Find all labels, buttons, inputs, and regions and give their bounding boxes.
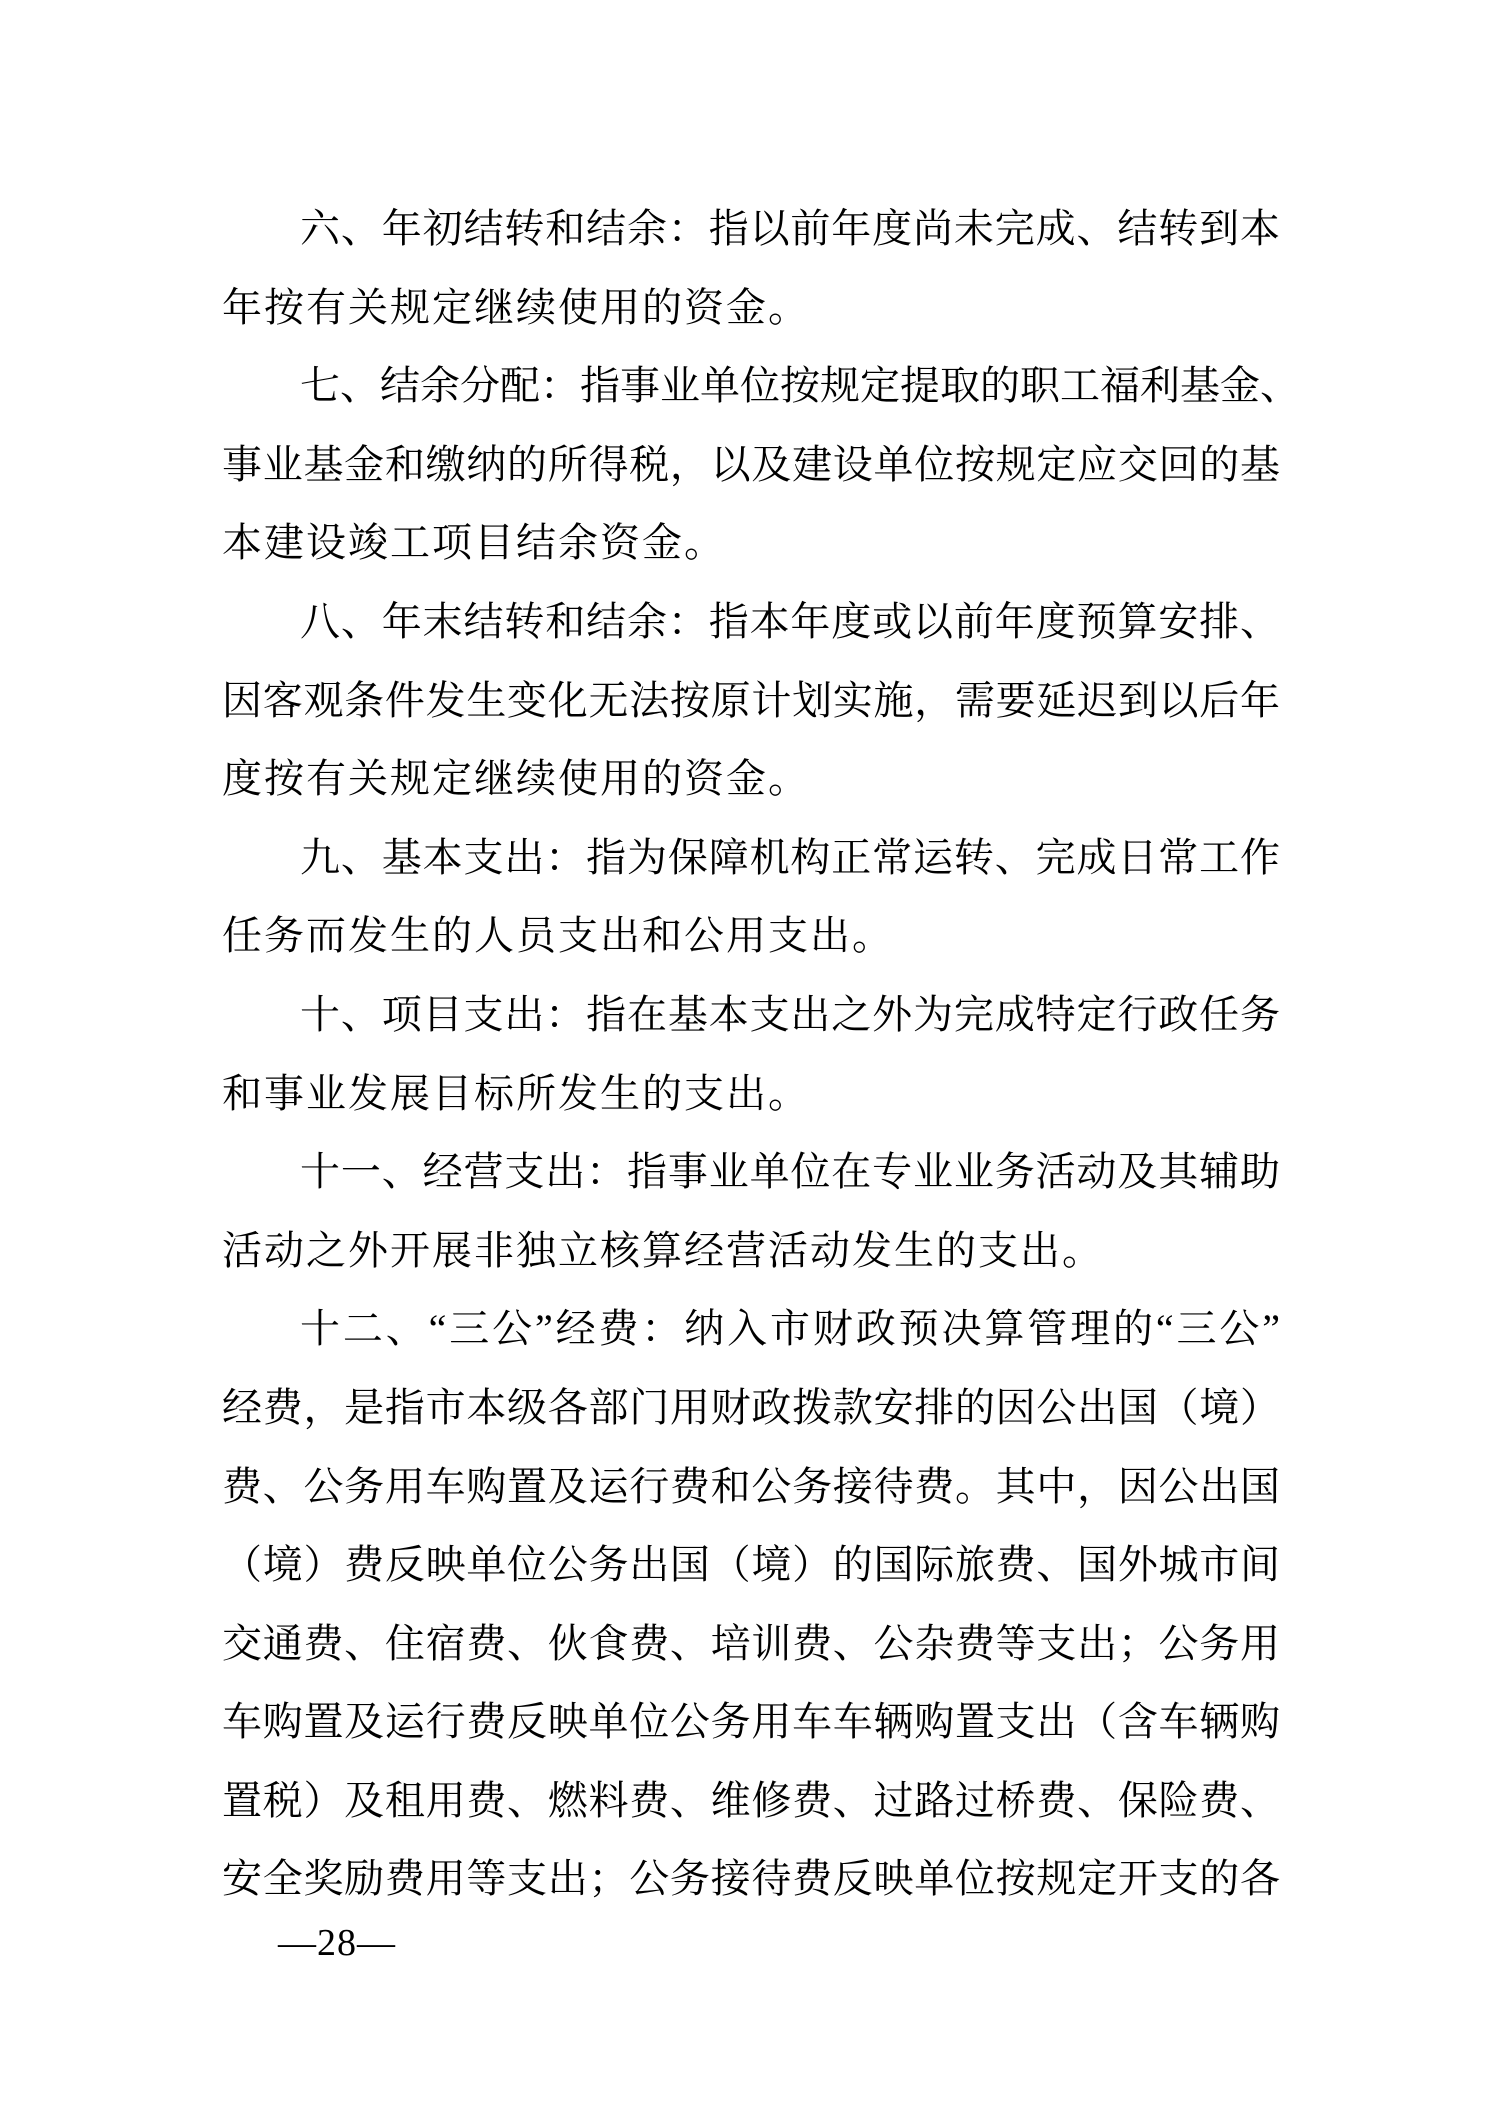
text-line: 十、项目支出：指在基本支出之外为完成特定行政任务 [222, 976, 1280, 1055]
text-line: 八、年末结转和结余：指本年度或以前年度预算安排、 [222, 583, 1280, 662]
definitions-text-block: 六、年初结转和结余：指以前年度尚未完成、结转到本年按有关规定继续使用的资金。七、… [222, 190, 1280, 1919]
text-line: 置税）及租用费、燃料费、维修费、过路过桥费、保险费、 [222, 1762, 1280, 1841]
text-line: 度按有关规定继续使用的资金。 [222, 740, 1280, 819]
document-page: 六、年初结转和结余：指以前年度尚未完成、结转到本年按有关规定继续使用的资金。七、… [0, 0, 1500, 2121]
text-line: 六、年初结转和结余：指以前年度尚未完成、结转到本 [222, 190, 1280, 269]
text-line: 和事业发展目标所发生的支出。 [222, 1055, 1280, 1134]
text-line: 经费，是指市本级各部门用财政拨款安排的因公出国（境） [222, 1369, 1280, 1448]
text-line: 本建设竣工项目结余资金。 [222, 504, 1280, 583]
text-line: 活动之外开展非独立核算经营活动发生的支出。 [222, 1212, 1280, 1291]
text-line: 任务而发生的人员支出和公用支出。 [222, 897, 1280, 976]
text-line: 十二、“三公”经费：纳入市财政预决算管理的“三公” [222, 1290, 1280, 1369]
text-line: 车购置及运行费反映单位公务用车车辆购置支出（含车辆购 [222, 1683, 1280, 1762]
text-line: 年按有关规定继续使用的资金。 [222, 269, 1280, 348]
text-line: 九、基本支出：指为保障机构正常运转、完成日常工作 [222, 819, 1280, 898]
text-line: 费、公务用车购置及运行费和公务接待费。其中，因公出国 [222, 1448, 1280, 1527]
page-number: —28— [278, 1922, 396, 1964]
text-line: 因客观条件发生变化无法按原计划实施，需要延迟到以后年 [222, 662, 1280, 741]
text-line: 七、结余分配：指事业单位按规定提取的职工福利基金、 [222, 347, 1280, 426]
text-line: 事业基金和缴纳的所得税，以及建设单位按规定应交回的基 [222, 426, 1280, 505]
text-line: （境）费反映单位公务出国（境）的国际旅费、国外城市间 [222, 1526, 1280, 1605]
text-line: 交通费、住宿费、伙食费、培训费、公杂费等支出；公务用 [222, 1605, 1280, 1684]
text-line: 十一、经营支出：指事业单位在专业业务活动及其辅助 [222, 1133, 1280, 1212]
text-line: 安全奖励费用等支出；公务接待费反映单位按规定开支的各 [222, 1840, 1280, 1919]
